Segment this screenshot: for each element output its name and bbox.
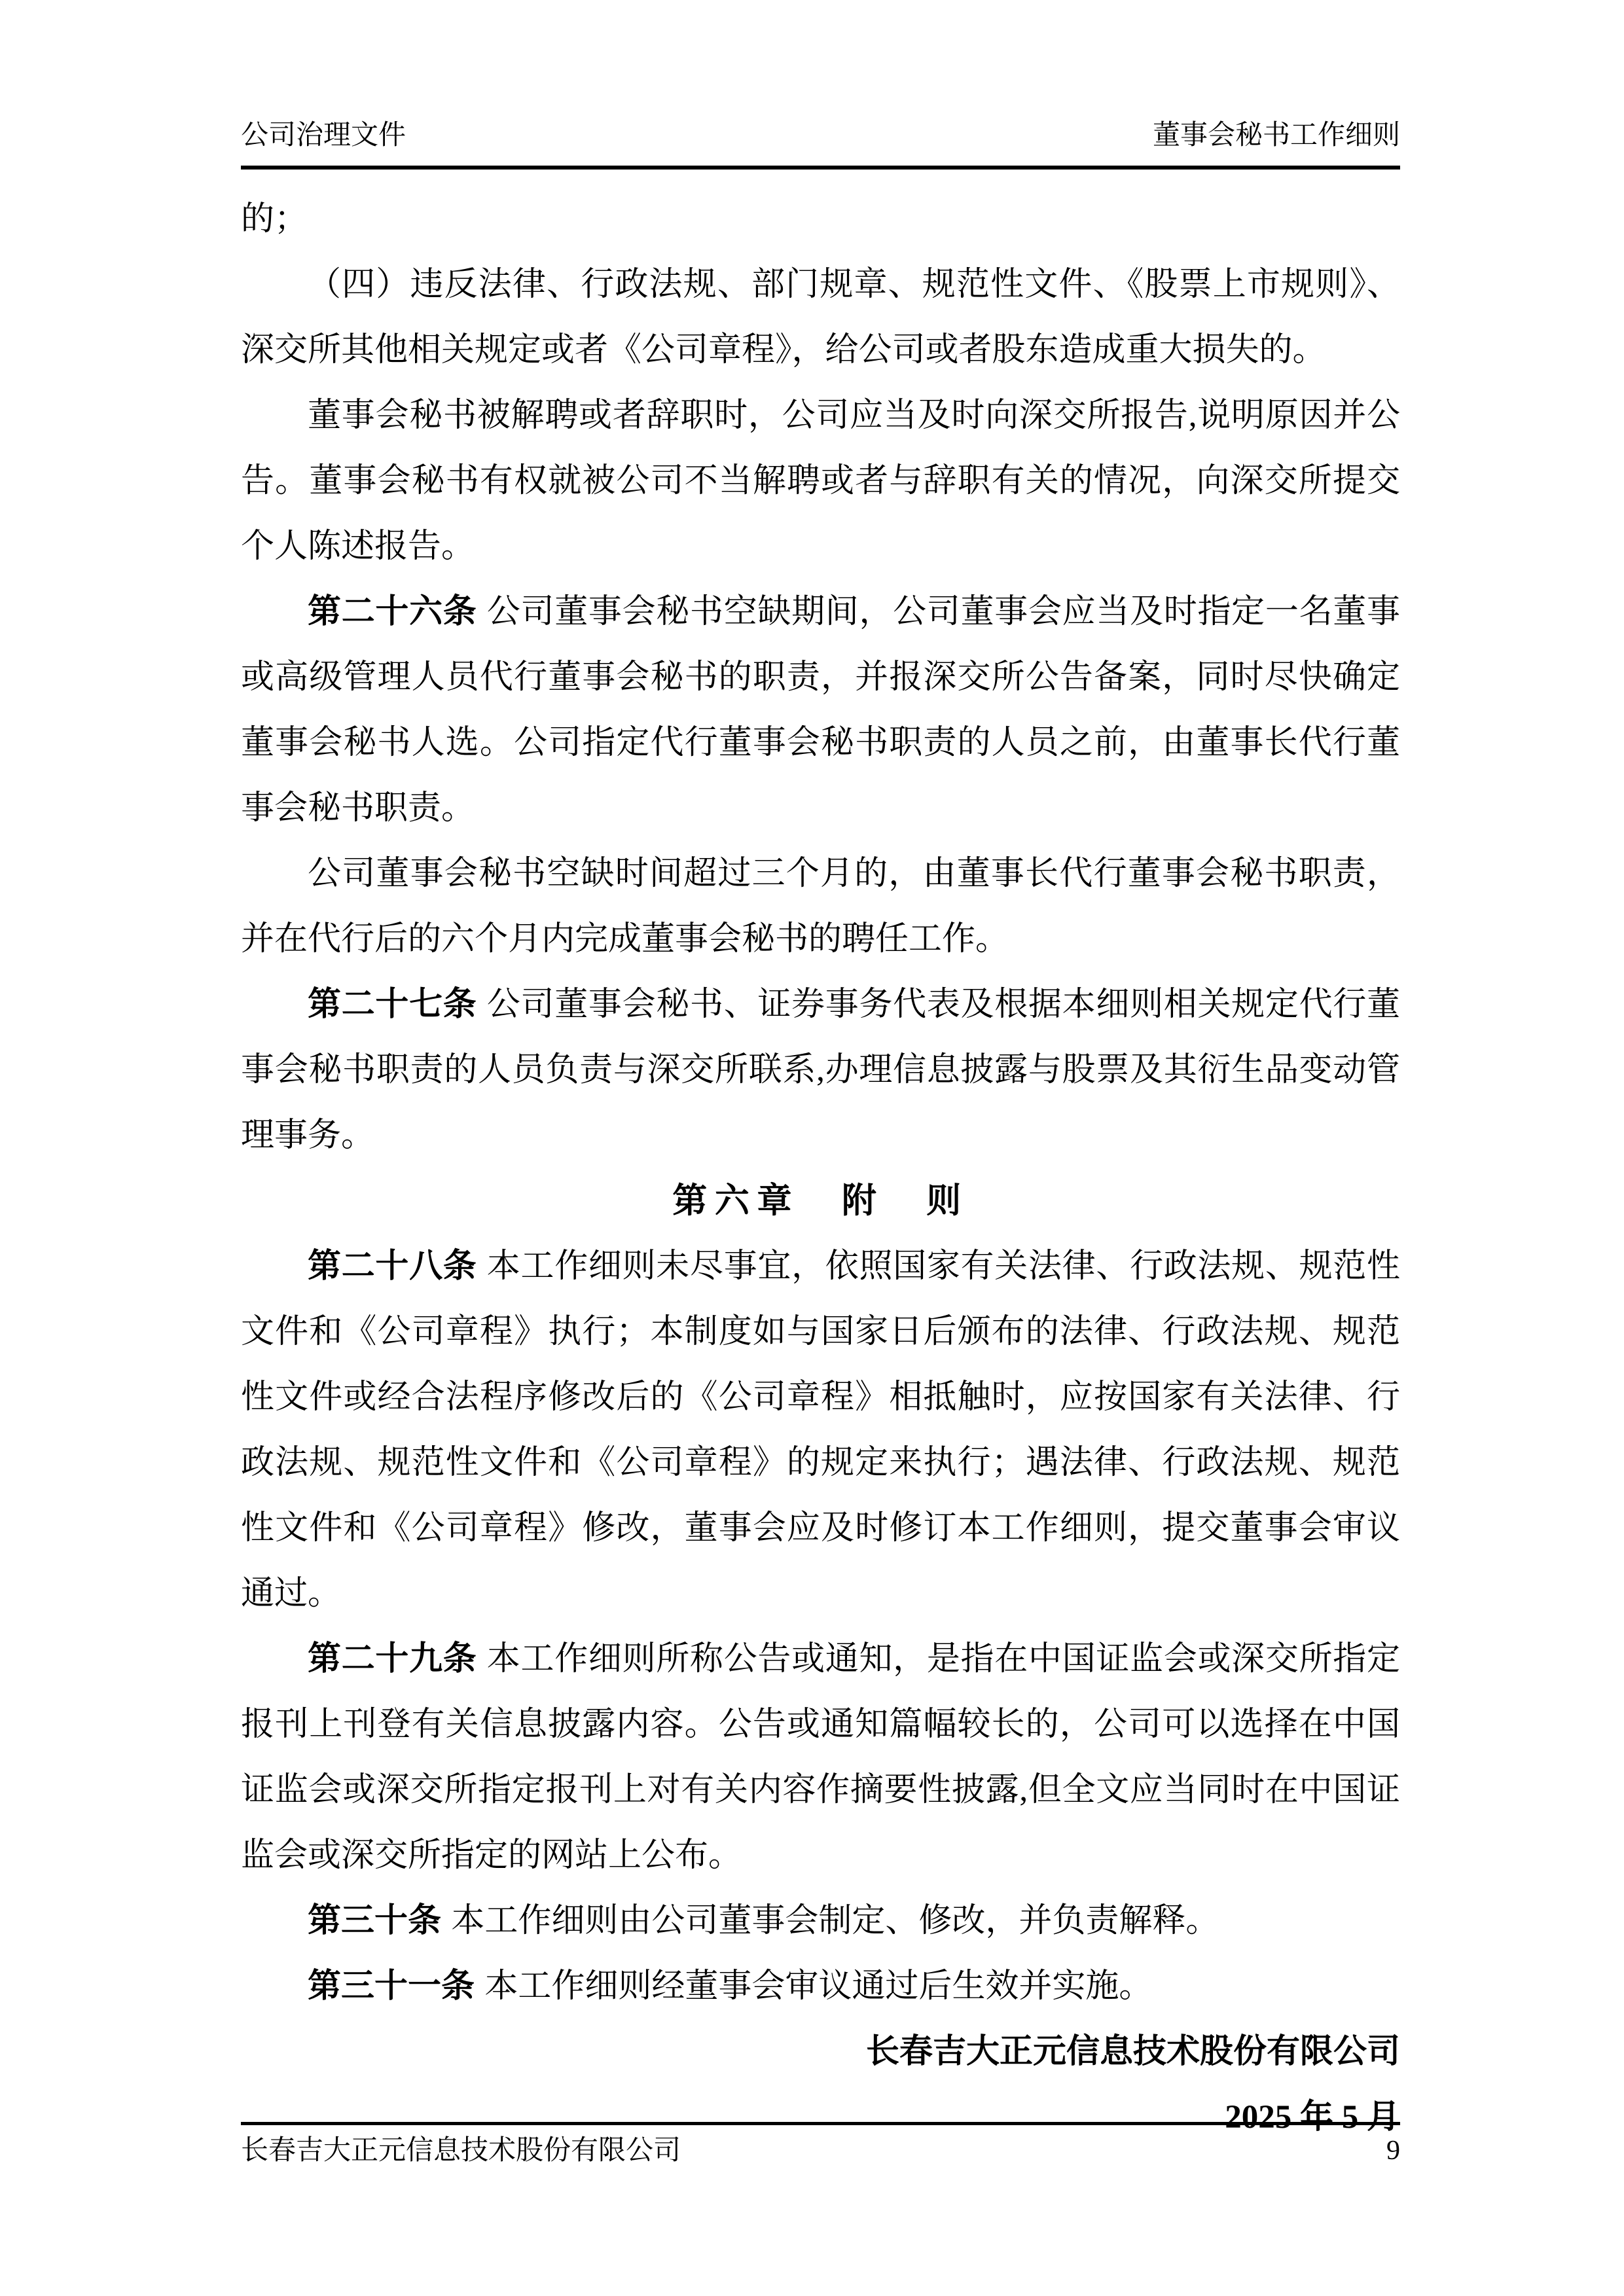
document-body: 的； （四）违反法律、行政法规、部门规章、规范性文件、《股票上市规则》、深交所其…	[241, 187, 1400, 2150]
signature-company: 长春吉大正元信息技术股份有限公司	[241, 2019, 1400, 2085]
para-text: 的；	[241, 201, 308, 238]
clause-number: 第二十九条	[308, 1641, 477, 1677]
page-header: 公司治理文件 董事会秘书工作细则	[241, 120, 1400, 170]
clause-28: 第二十八条本工作细则未尽事宜，依照国家有关法律、行政法规、规范性文件和《公司章程…	[241, 1234, 1400, 1626]
para-text: 本工作细则由公司董事会制定、修改，并负责解释。	[451, 1903, 1219, 1939]
clause-31: 第三十一条本工作细则经董事会审议通过后生效并实施。	[241, 1954, 1400, 2019]
para-text: 本工作细则经董事会审议通过后生效并实施。	[484, 1968, 1152, 2005]
clause-number: 第二十七条	[308, 986, 477, 1023]
clause-number: 第三十条	[308, 1903, 441, 1939]
clause-30: 第三十条本工作细则由公司董事会制定、修改，并负责解释。	[241, 1888, 1400, 1954]
para-text: （四）违反法律、行政法规、部门规章、规范性文件、《股票上市规则》、深交所其他相关…	[241, 266, 1400, 368]
clause-26-continuation: 公司董事会秘书空缺时间超过三个月的，由董事长代行董事会秘书职责，并在代行后的六个…	[241, 841, 1400, 972]
para-item-4: （四）违反法律、行政法规、部门规章、规范性文件、《股票上市规则》、深交所其他相关…	[241, 252, 1400, 383]
chapter-6-heading: 第六章 附 则	[241, 1168, 1400, 1234]
header-doc-title: 董事会秘书工作细则	[1153, 120, 1400, 151]
para-text: 本工作细则未尽事宜，依照国家有关法律、行政法规、规范性文件和《公司章程》执行；本…	[241, 1248, 1400, 1612]
para-secretary-dismissal: 董事会秘书被解聘或者辞职时，公司应当及时向深交所报告,说明原因并公告。董事会秘书…	[241, 383, 1400, 579]
clause-29: 第二十九条本工作细则所称公告或通知，是指在中国证监会或深交所指定报刊上刊登有关信…	[241, 1626, 1400, 1888]
header-doc-category: 公司治理文件	[241, 120, 406, 151]
clause-27: 第二十七条公司董事会秘书、证券事务代表及根据本细则相关规定代行董事会秘书职责的人…	[241, 972, 1400, 1168]
page-number: 9	[1386, 2134, 1400, 2167]
para-continuation: 的；	[241, 187, 1400, 252]
clause-26: 第二十六条公司董事会秘书空缺期间，公司董事会应当及时指定一名董事或高级管理人员代…	[241, 579, 1400, 841]
clause-number: 第三十一条	[308, 1968, 475, 2005]
page-footer: 长春吉大正元信息技术股份有限公司 9	[241, 2122, 1400, 2167]
clause-number: 第二十八条	[308, 1248, 477, 1285]
document-page: 公司治理文件 董事会秘书工作细则 的； （四）违反法律、行政法规、部门规章、规范…	[0, 0, 1624, 2296]
para-text: 公司董事会秘书空缺时间超过三个月的，由董事长代行董事会秘书职责，并在代行后的六个…	[241, 855, 1400, 958]
para-text: 董事会秘书被解聘或者辞职时，公司应当及时向深交所报告,说明原因并公告。董事会秘书…	[241, 397, 1400, 565]
footer-company-name: 长春吉大正元信息技术股份有限公司	[241, 2134, 681, 2167]
clause-number: 第二十六条	[308, 594, 477, 630]
